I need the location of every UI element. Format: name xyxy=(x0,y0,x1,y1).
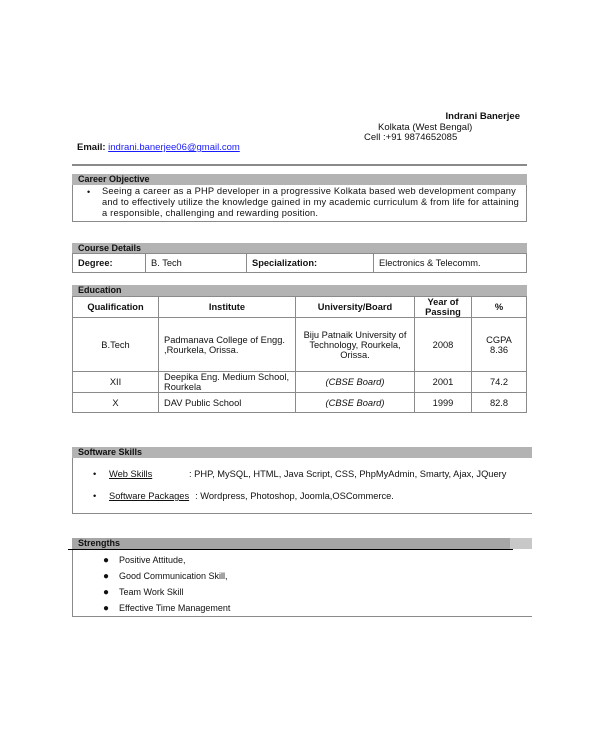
qualification-cell: B.Tech xyxy=(73,318,159,372)
degree-value: B. Tech xyxy=(146,254,247,273)
table-row: B.Tech Padmanava College of Engg. ,Rourk… xyxy=(73,318,527,372)
list-item: ●Team Work Skill xyxy=(103,587,183,598)
candidate-name: Indrani Banerjee xyxy=(0,111,520,122)
bullet-icon: ● xyxy=(103,587,119,598)
candidate-phone: Cell :+91 9874652085 xyxy=(364,132,457,143)
bullet-icon: • xyxy=(87,187,90,197)
strengths-box: ●Positive Attitude, ●Good Communication … xyxy=(72,550,532,617)
education-header-row: Qualification Institute University/Board… xyxy=(73,297,527,318)
institute-cell: Deepika Eng. Medium School, Rourkela xyxy=(159,372,296,393)
course-details-table: Degree: B. Tech Specialization: Electron… xyxy=(72,253,527,273)
degree-label: Degree: xyxy=(73,254,146,273)
email-label: Email: xyxy=(77,142,106,153)
software-skills-heading: Software Skills xyxy=(72,447,532,458)
institute-cell: DAV Public School xyxy=(159,393,296,413)
qualification-cell: XII xyxy=(73,372,159,393)
email-link[interactable]: indrani.banerjee06@gmail.com xyxy=(108,142,240,153)
list-item: ●Good Communication Skill, xyxy=(103,571,228,582)
header-divider xyxy=(72,164,527,166)
institute-cell: Padmanava College of Engg. ,Rourkela, Or… xyxy=(159,318,296,372)
bullet-icon: ● xyxy=(103,603,119,614)
list-item: ●Positive Attitude, xyxy=(103,555,186,566)
col-qualification: Qualification xyxy=(73,297,159,318)
career-objective-text: Seeing a career as a PHP developer in a … xyxy=(102,186,520,219)
bullet-icon: ● xyxy=(103,555,119,566)
qualification-cell: X xyxy=(73,393,159,413)
bullet-icon: • xyxy=(93,491,109,501)
bullet-icon: • xyxy=(93,469,109,479)
col-percent: % xyxy=(472,297,527,318)
software-skills-box: •Web Skills: PHP, MySQL, HTML, Java Scri… xyxy=(72,458,532,514)
col-institute: Institute xyxy=(159,297,296,318)
software-packages-label: Software Packages xyxy=(109,491,189,501)
board-cell: Biju Patnaik University of Technology, R… xyxy=(296,318,415,372)
board-cell: (CBSE Board) xyxy=(296,372,415,393)
web-skills-value: : PHP, MySQL, HTML, Java Script, CSS, Ph… xyxy=(189,469,506,479)
col-university: University/Board xyxy=(296,297,415,318)
software-packages-value: : Wordpress, Photoshop, Joomla,OSCommerc… xyxy=(189,491,394,501)
list-item: •Web Skills: PHP, MySQL, HTML, Java Scri… xyxy=(93,469,506,479)
col-year: Year of Passing xyxy=(415,297,472,318)
percent-cell: CGPA 8.36 xyxy=(472,318,527,372)
year-cell: 2008 xyxy=(415,318,472,372)
table-row: XII Deepika Eng. Medium School, Rourkela… xyxy=(73,372,527,393)
table-row: X DAV Public School (CBSE Board) 1999 82… xyxy=(73,393,527,413)
strengths-heading: Strengths xyxy=(72,538,532,549)
board-cell: (CBSE Board) xyxy=(296,393,415,413)
list-item: ●Effective Time Management xyxy=(103,603,230,614)
career-objective-heading: Career Objective xyxy=(72,174,527,185)
career-objective-box: • Seeing a career as a PHP developer in … xyxy=(72,185,527,222)
specialization-label: Specialization: xyxy=(247,254,374,273)
bullet-icon: ● xyxy=(103,571,119,582)
list-item: •Software Packages: Wordpress, Photoshop… xyxy=(93,491,394,501)
specialization-value: Electronics & Telecomm. xyxy=(374,254,527,273)
education-table: Qualification Institute University/Board… xyxy=(72,296,527,413)
web-skills-label: Web Skills xyxy=(109,469,189,479)
education-heading: Education xyxy=(72,285,527,296)
email-line: Email: indrani.banerjee06@gmail.com xyxy=(77,142,240,153)
percent-cell: 82.8 xyxy=(472,393,527,413)
year-cell: 2001 xyxy=(415,372,472,393)
percent-cell: 74.2 xyxy=(472,372,527,393)
year-cell: 1999 xyxy=(415,393,472,413)
